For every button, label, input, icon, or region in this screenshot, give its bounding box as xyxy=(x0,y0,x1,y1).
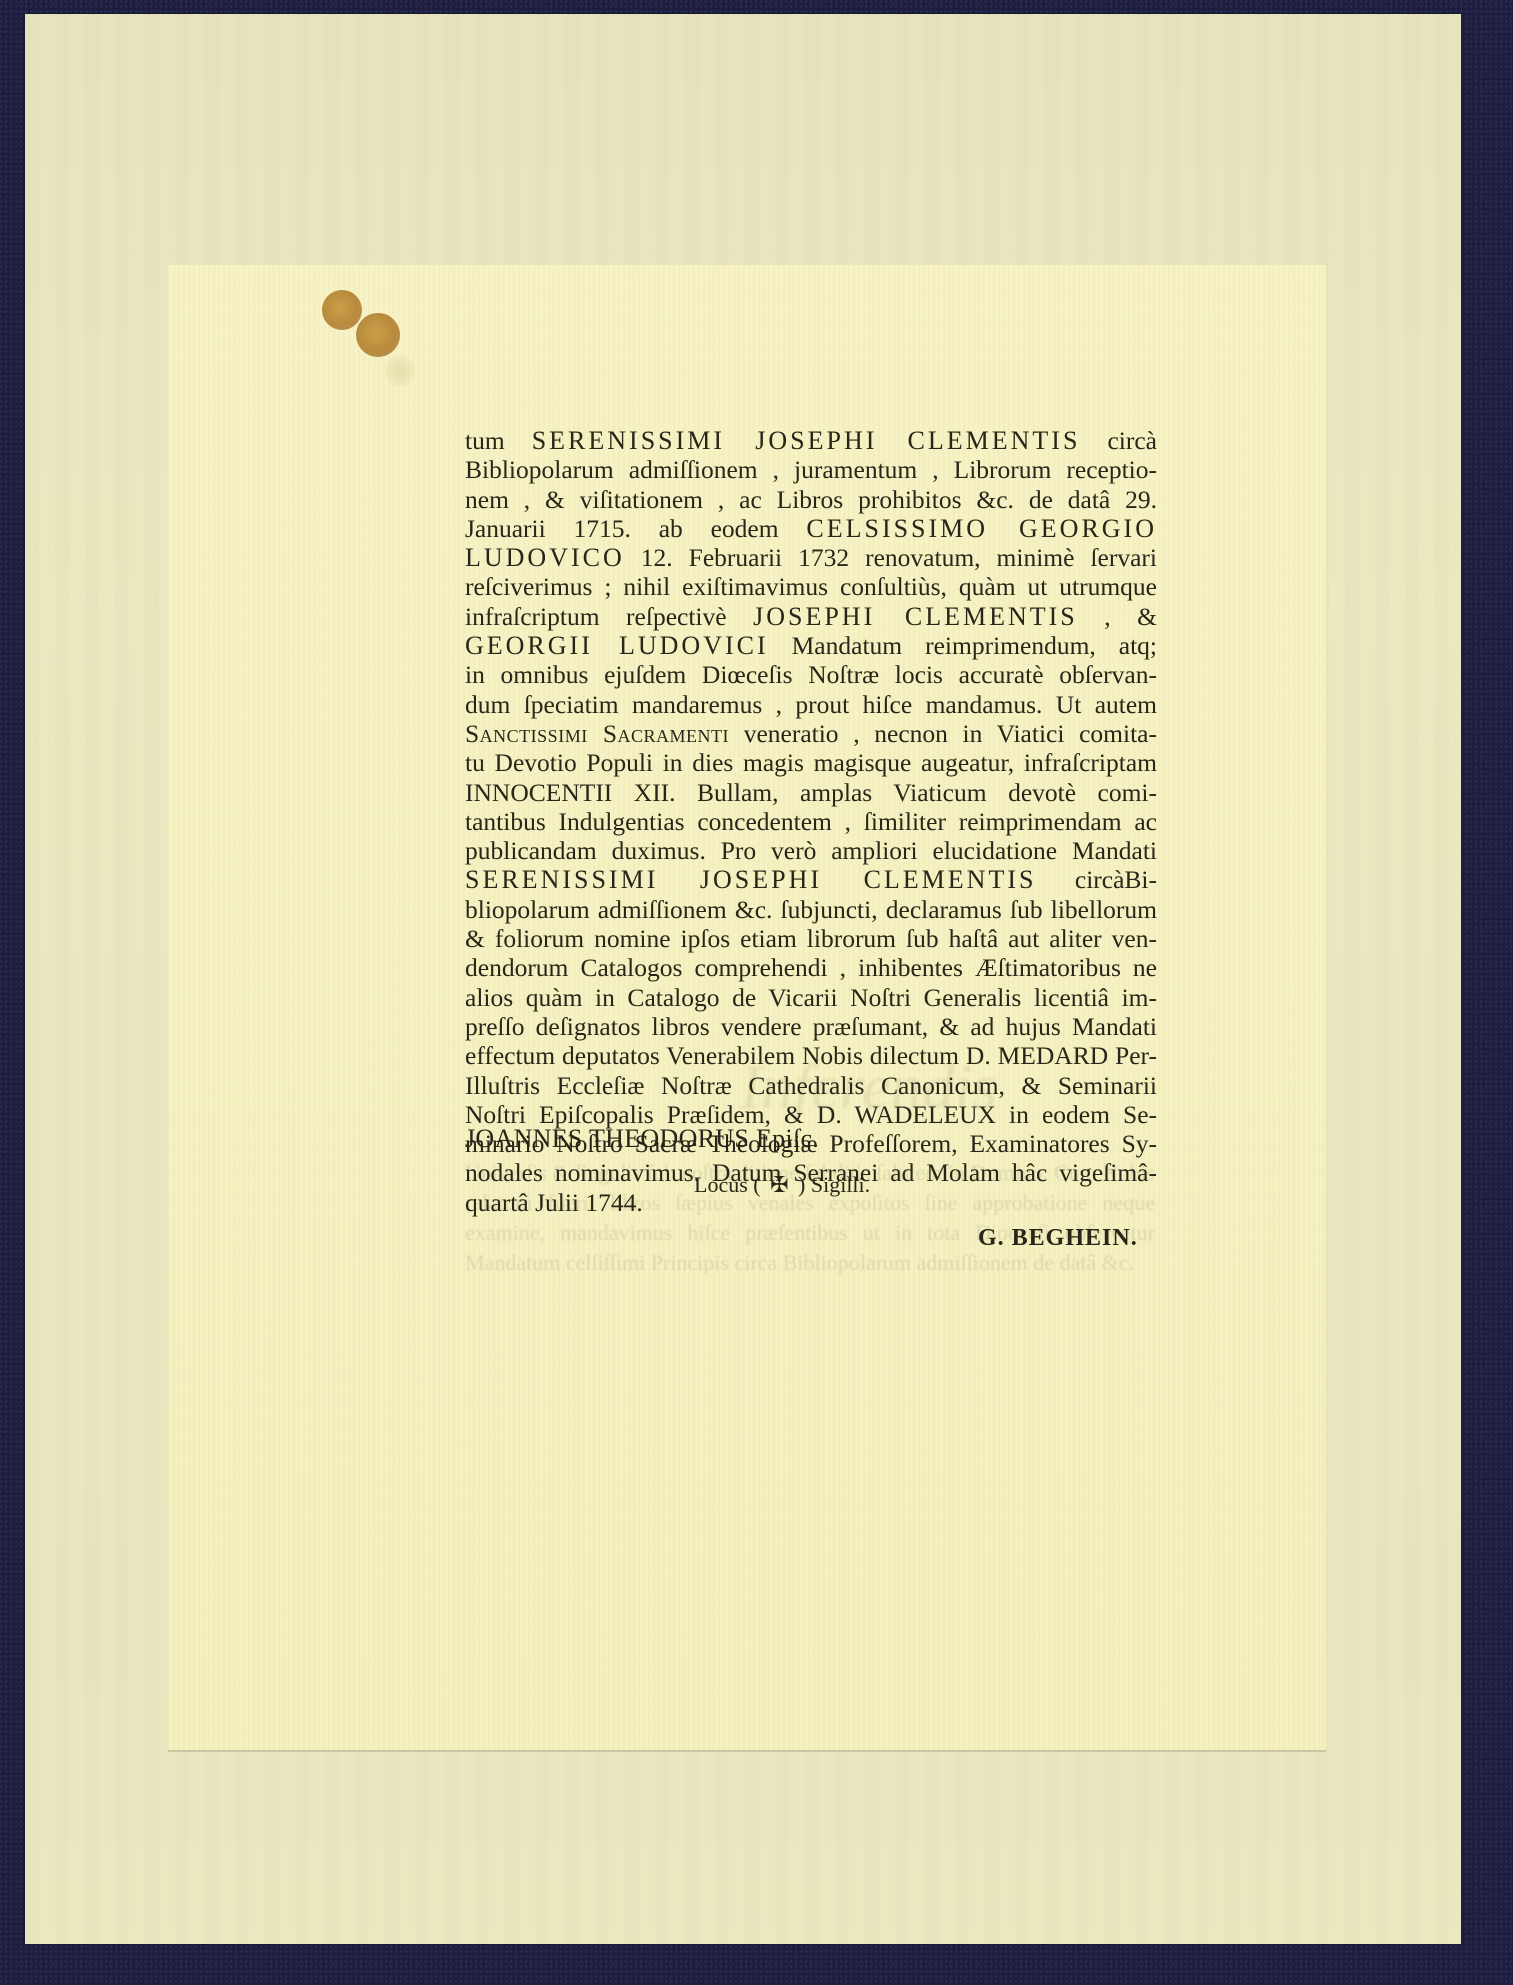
text-line: publicandam duximus. Pro verò ampliori e… xyxy=(465,836,1157,865)
mandate-body-text: tum SERENISSIMI JOSEPHI CLEMENTIS circàB… xyxy=(465,426,1157,1217)
text-line: tantibus Indulgentias concedentem , ſimi… xyxy=(465,807,1157,836)
text-line: reſciverimus ; nihil exiſtimavimus conſu… xyxy=(465,572,1157,601)
text-line: Sanctissimi Sacramenti veneratio , necno… xyxy=(465,719,1157,748)
text-line: tum SERENISSIMI JOSEPHI CLEMENTIS circà xyxy=(465,426,1157,455)
text-line: dendorum Catalogos comprehendi , inhiben… xyxy=(465,953,1157,982)
text-line: & foliorum nomine ipſos etiam librorum ſ… xyxy=(465,924,1157,953)
faint-stain-spot xyxy=(385,355,415,387)
text-line: tu Devotio Populi in dies magis magisque… xyxy=(465,748,1157,777)
ink-stain-spot xyxy=(322,290,362,330)
maltese-cross-icon: ✠ xyxy=(766,1172,792,1197)
text-line: Bibliopolarum admiſſionem , juramentum ,… xyxy=(465,455,1157,484)
seal-prefix: Locus ( xyxy=(694,1172,761,1197)
text-line: infraſcriptum reſpectivè JOSEPHI CLEMENT… xyxy=(465,602,1157,631)
seal-suffix: ) Sigilli. xyxy=(798,1172,870,1197)
text-line: INNOCENTII XII. Bullam, amplas Viaticum … xyxy=(465,778,1157,807)
text-line: Illuſtris Eccleſiæ Noſtræ Cathedralis Ca… xyxy=(465,1071,1157,1100)
text-line: in omnibus ejuſdem Diœceſis Noſtræ locis… xyxy=(465,660,1157,689)
secretary-signature: G. BEGHEIN. xyxy=(978,1225,1138,1252)
text-line: bliopolarum admiſſionem &c. ſubjuncti, d… xyxy=(465,895,1157,924)
text-line: SERENISSIMI JOSEPHI CLEMENTIS circàBi- xyxy=(465,865,1157,894)
text-line: alios quàm in Catalogo de Vicarii Noſtri… xyxy=(465,983,1157,1012)
text-line: Januarii 1715. ab eodem CELSISSIMO GEORG… xyxy=(465,514,1157,543)
text-line: LUDOVICO 12. Februarii 1732 renovatum, m… xyxy=(465,543,1157,572)
bishop-signature: JOANNES THEODORUS Epiſc. xyxy=(465,1124,819,1154)
text-line: effectum deputatos Venerabilem Nobis dil… xyxy=(465,1041,1157,1070)
text-line: preſſo deſignatos libros vendere præſuma… xyxy=(465,1012,1157,1041)
text-line: nem , & viſitationem , ac Libros prohibi… xyxy=(465,485,1157,514)
text-line: GEORGII LUDOVICI Mandatum reimprimendum,… xyxy=(465,631,1157,660)
ink-stain-spot xyxy=(356,313,400,357)
seal-location-line: Locus ( ✠ ) Sigilli. xyxy=(694,1172,870,1198)
text-line: dum ſpeciatim mandaremus , prout hiſce m… xyxy=(465,690,1157,719)
